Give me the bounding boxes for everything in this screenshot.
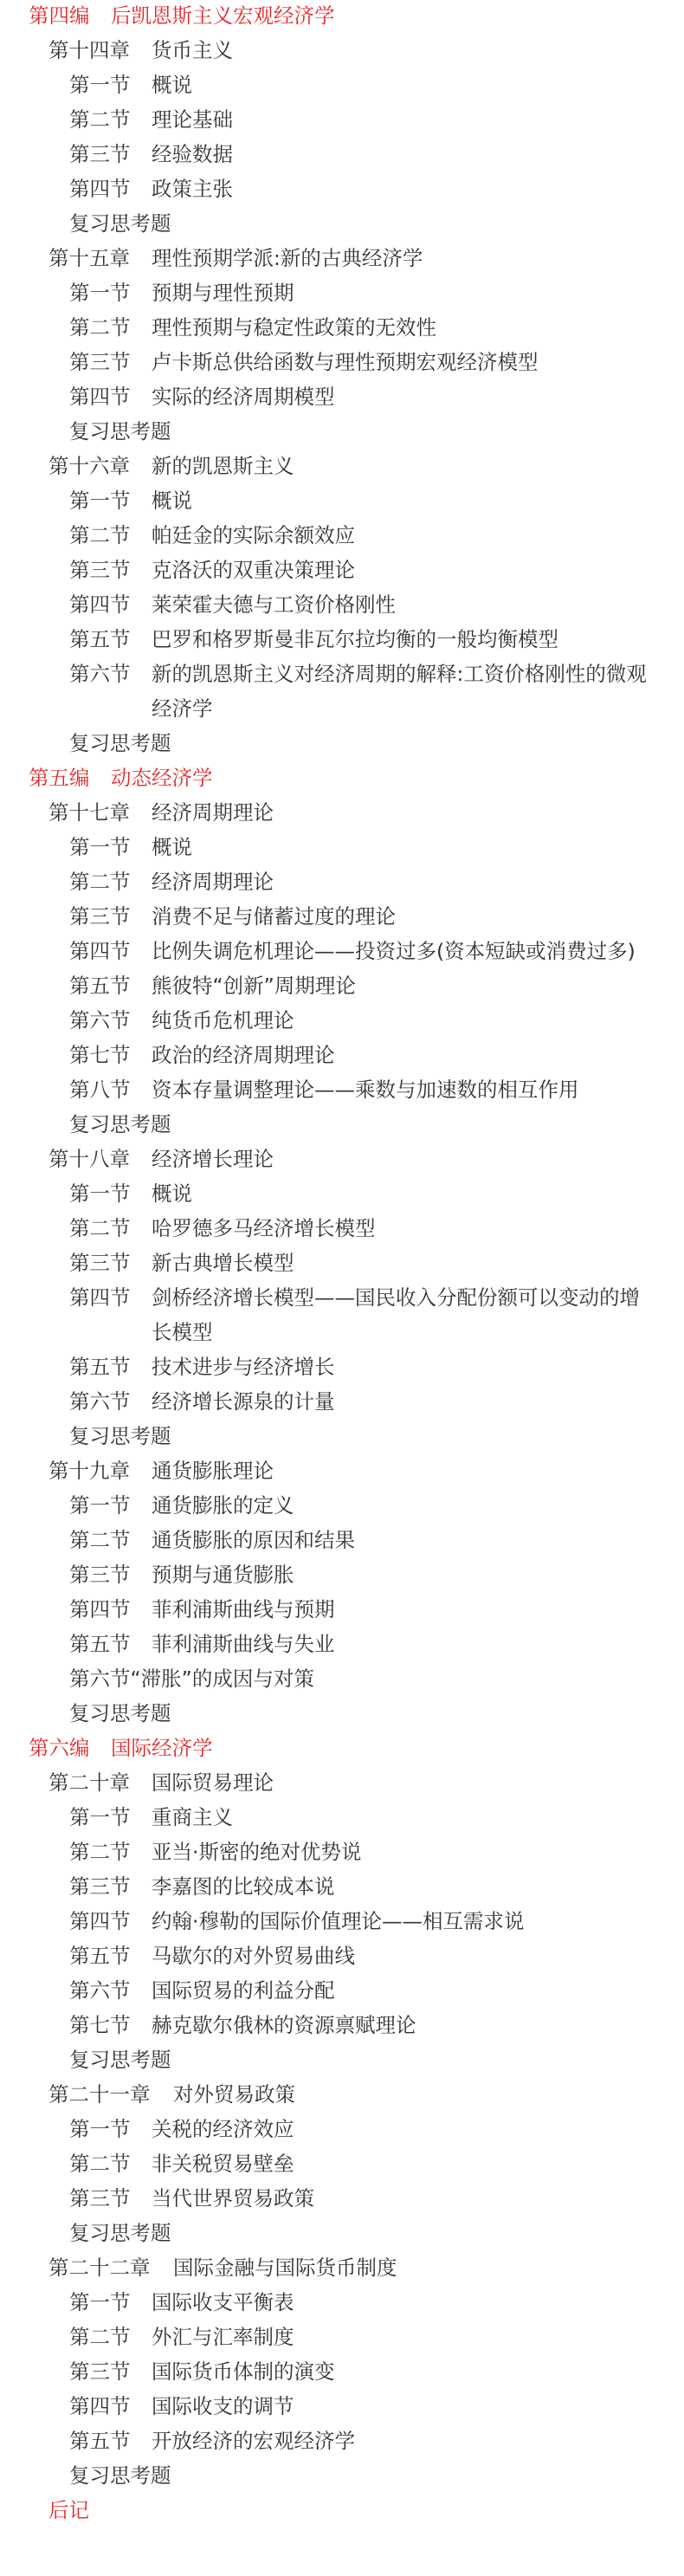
section-number: 第四节	[69, 935, 131, 967]
section-title: 政策主张	[152, 173, 233, 204]
chapter-number: 第二十章	[48, 1767, 130, 1798]
part-title: 国际经济学	[111, 1732, 213, 1764]
section-title: 概说	[152, 69, 192, 100]
chapter-number: 第十六章	[48, 450, 130, 482]
section-title: 实际的经济周期模型	[152, 381, 335, 412]
review-questions-link[interactable]: 复习思考题	[0, 1698, 684, 1732]
section-number: 第七节	[69, 2010, 131, 2041]
chapter-link[interactable]: 第二十二章国际金融与国际货币制度	[0, 2252, 684, 2287]
review-title: 复习思考题	[69, 416, 171, 447]
section-link[interactable]: 第五节技术进步与经济增长	[0, 1351, 684, 1386]
section-number: 第二节	[69, 2321, 131, 2353]
section-title: 经济周期理论	[152, 866, 274, 897]
section-title: 理性预期与稳定性政策的无效性	[152, 312, 436, 343]
section-link[interactable]: 第三节卢卡斯总供给函数与理性预期宏观经济模型	[0, 346, 684, 381]
chapter-title: 国际金融与国际货币制度	[173, 2252, 397, 2283]
section-link[interactable]: 第三节当代世界贸易政策	[0, 2183, 684, 2217]
table-of-contents: 第四编后凯恩斯主义宏观经济学第十四章货币主义第一节概说第二节理论基础第三节经验数…	[0, 0, 684, 2529]
section-number: 第四节	[69, 173, 131, 204]
section-title: 预期与理性预期	[152, 277, 294, 308]
section-title: 哈罗德多马经济增长模型	[152, 1213, 376, 1244]
section-title: 开放经济的宏观经济学	[152, 2425, 355, 2456]
section-title: 重商主义	[152, 1802, 233, 1833]
section-title: 约翰·穆勒的国际价值理论——相互需求说	[152, 1906, 524, 1937]
section-title: 纯货币危机理论	[152, 1005, 294, 1036]
section-title: 巴罗和格罗斯曼非瓦尔拉均衡的一般均衡模型	[152, 624, 558, 655]
section-title: 剑桥经济增长模型——国民收入分配份额可以变动的增	[152, 1282, 640, 1313]
section-link[interactable]: 第三节预期与通货膨胀	[0, 1559, 684, 1594]
section-number: 第六节	[69, 658, 131, 689]
section-link[interactable]: 第四节剑桥经济增长模型——国民收入分配份额可以变动的增	[0, 1282, 684, 1317]
section-link[interactable]: 第一节国际收支平衡表	[0, 2287, 684, 2321]
section-number: 第一节	[69, 277, 131, 308]
section-link[interactable]: 第七节赫克歇尔俄林的资源禀赋理论	[0, 2010, 684, 2044]
chapter-link[interactable]: 第十六章新的凯恩斯主义	[0, 450, 684, 485]
section-title: 新古典增长模型	[152, 1247, 294, 1278]
section-link[interactable]: 第三节新古典增长模型	[0, 1247, 684, 1282]
section-number: 第五节	[69, 624, 131, 655]
section-number: 第一节	[69, 485, 131, 516]
chapter-link[interactable]: 第十五章理性预期学派:新的古典经济学	[0, 243, 684, 277]
section-link[interactable]: 第六节经济增长源泉的计量	[0, 1386, 684, 1421]
section-number: 第四节	[69, 2391, 131, 2422]
section-title: 比例失调危机理论——投资过多(资本短缺或消费过多)	[152, 935, 636, 967]
chapter-number: 第十七章	[48, 797, 130, 828]
section-number: 第六节	[69, 1386, 131, 1417]
section-link[interactable]: 第四节约翰·穆勒的国际价值理论——相互需求说	[0, 1906, 684, 1940]
section-number: 第四节	[69, 381, 131, 412]
section-number: 第三节	[69, 901, 131, 932]
section-link[interactable]: 第二节亚当·斯密的绝对优势说	[0, 1836, 684, 1871]
section-title: 理论基础	[152, 104, 233, 135]
section-title: 经验数据	[152, 139, 233, 170]
section-link[interactable]: 第五节马歇尔的对外贸易曲线	[0, 1940, 684, 1975]
section-link[interactable]: 第六节纯货币危机理论	[0, 1005, 684, 1039]
chapter-link[interactable]: 第十四章货币主义	[0, 35, 684, 69]
section-title: 通货膨胀的定义	[152, 1490, 294, 1521]
section-number: 第一节	[69, 2113, 131, 2145]
section-link[interactable]: 第五节熊彼特“创新”周期理论	[0, 970, 684, 1005]
section-link[interactable]: 第五节菲利浦斯曲线与失业	[0, 1628, 684, 1663]
cont-title: 经济学	[152, 693, 213, 724]
section-title: 克洛沃的双重决策理论	[152, 554, 355, 586]
section-number: 第五节	[69, 1351, 131, 1382]
chapter-number: 第十八章	[48, 1143, 130, 1175]
section-title-continuation: 经济学	[0, 693, 684, 728]
review-questions-link[interactable]: 复习思考题	[0, 1109, 684, 1143]
plain-section-title: 第六节“滞胀”的成因与对策	[69, 1663, 314, 1694]
review-questions-link[interactable]: 复习思考题	[0, 208, 684, 243]
section-title: 菲利浦斯曲线与失业	[152, 1628, 335, 1660]
chapter-number: 第二十二章	[48, 2252, 151, 2283]
section-title: 外汇与汇率制度	[152, 2321, 294, 2353]
section-number: 第三节	[69, 1559, 131, 1590]
afterword-title: 后记	[48, 2495, 89, 2526]
review-title: 复习思考题	[69, 1421, 171, 1452]
section-link[interactable]: 第五节开放经济的宏观经济学	[0, 2425, 684, 2460]
section-link[interactable]: 第七节政治的经济周期理论	[0, 1039, 684, 1074]
section-title: 国际货币体制的演变	[152, 2356, 335, 2387]
section-number: 第一节	[69, 69, 131, 100]
section-title: 预期与通货膨胀	[152, 1559, 294, 1590]
section-title: 赫克歇尔俄林的资源禀赋理论	[152, 2010, 416, 2041]
review-title: 复习思考题	[69, 208, 171, 239]
section-number: 第六节	[69, 1975, 131, 2006]
chapter-link[interactable]: 第十八章经济增长理论	[0, 1143, 684, 1178]
section-link[interactable]: 第四节实际的经济周期模型	[0, 381, 684, 416]
section-title: 菲利浦斯曲线与预期	[152, 1594, 335, 1625]
review-questions-link[interactable]: 复习思考题	[0, 2044, 684, 2079]
section-link[interactable]: 第二节理论基础	[0, 104, 684, 139]
section-link[interactable]: 第六节新的凯恩斯主义对经济周期的解释:工资价格刚性的微观	[0, 658, 684, 693]
section-title: 非关税贸易壁垒	[152, 2148, 294, 2179]
section-title: 新的凯恩斯主义对经济周期的解释:工资价格刚性的微观	[152, 658, 647, 689]
section-title: 国际贸易的利益分配	[152, 1975, 335, 2006]
chapter-link[interactable]: 第二十章国际贸易理论	[0, 1767, 684, 1802]
section-number: 第三节	[69, 554, 131, 586]
section-title: 莱荣霍夫德与工资价格刚性	[152, 589, 396, 620]
section-number: 第五节	[69, 2425, 131, 2456]
part-title: 动态经济学	[111, 762, 213, 793]
section-number: 第三节	[69, 139, 131, 170]
section-title-continuation: 长模型	[0, 1317, 684, 1351]
chapter-link[interactable]: 第十七章经济周期理论	[0, 797, 684, 832]
section-number: 第二节	[69, 312, 131, 343]
section-number: 第五节	[69, 970, 131, 1001]
review-questions-link[interactable]: 复习思考题	[0, 2217, 684, 2252]
section-title: 技术进步与经济增长	[152, 1351, 335, 1382]
section-number: 第一节	[69, 1802, 131, 1833]
part-number: 第六编	[29, 1732, 90, 1764]
section-link[interactable]: 第四节菲利浦斯曲线与预期	[0, 1594, 684, 1628]
section-title: 概说	[152, 485, 192, 516]
section-number: 第二节	[69, 2148, 131, 2179]
section-link[interactable]: 第一节概说	[0, 69, 684, 104]
review-questions-link[interactable]: 复习思考题	[0, 1421, 684, 1455]
section-title: 概说	[152, 1178, 192, 1209]
section-title: 李嘉图的比较成本说	[152, 1871, 335, 1902]
section-number: 第四节	[69, 1594, 131, 1625]
section-link[interactable]: 第二节非关税贸易壁垒	[0, 2148, 684, 2183]
section-number: 第三节	[69, 1247, 131, 1278]
section-link[interactable]: 第二节通货膨胀的原因和结果	[0, 1524, 684, 1559]
section-link[interactable]: 第二节外汇与汇率制度	[0, 2321, 684, 2356]
section-number: 第五节	[69, 1628, 131, 1660]
chapter-title: 国际贸易理论	[152, 1767, 274, 1798]
section-link[interactable]: 第一节通货膨胀的定义	[0, 1490, 684, 1524]
section-link[interactable]: 第六节国际贸易的利益分配	[0, 1975, 684, 2010]
section-number: 第二节	[69, 866, 131, 897]
review-title: 复习思考题	[69, 1698, 171, 1729]
section-link[interactable]: 第一节重商主义	[0, 1802, 684, 1836]
section-link[interactable]: 第五节巴罗和格罗斯曼非瓦尔拉均衡的一般均衡模型	[0, 624, 684, 658]
section-title: 政治的经济周期理论	[152, 1039, 335, 1071]
section-number: 第四节	[69, 1282, 131, 1313]
section-title: 亚当·斯密的绝对优势说	[152, 1836, 361, 1867]
section-link[interactable]: 第三节消费不足与储蓄过度的理论	[0, 901, 684, 935]
chapter-title: 新的凯恩斯主义	[152, 450, 294, 482]
chapter-link[interactable]: 第二十一章对外贸易政策	[0, 2079, 684, 2113]
section-link[interactable]: 第三节经验数据	[0, 139, 684, 173]
review-questions-link[interactable]: 复习思考题	[0, 2460, 684, 2495]
section-number: 第三节	[69, 346, 131, 378]
review-title: 复习思考题	[69, 728, 171, 759]
section-title: 马歇尔的对外贸易曲线	[152, 1940, 355, 1971]
section-link[interactable]: 第三节克洛沃的双重决策理论	[0, 554, 684, 589]
chapter-title: 货币主义	[152, 35, 233, 66]
chapter-title: 经济周期理论	[152, 797, 274, 828]
section-link[interactable]: 第一节概说	[0, 1178, 684, 1213]
afterword-link[interactable]: 后记	[0, 2495, 684, 2529]
part-title: 后凯恩斯主义宏观经济学	[111, 0, 335, 31]
section-link[interactable]: 第四节比例失调危机理论——投资过多(资本短缺或消费过多)	[0, 935, 684, 970]
review-title: 复习思考题	[69, 2044, 171, 2075]
review-questions-link[interactable]: 复习思考题	[0, 416, 684, 450]
section-number: 第二节	[69, 1213, 131, 1244]
section-link[interactable]: 第二节哈罗德多马经济增长模型	[0, 1213, 684, 1247]
section-link[interactable]: 第一节概说	[0, 485, 684, 520]
section-number: 第五节	[69, 1940, 131, 1971]
section-number: 第一节	[69, 2287, 131, 2318]
section-number: 第二节	[69, 1836, 131, 1867]
part-number: 第四编	[29, 0, 90, 31]
part-heading[interactable]: 第五编动态经济学	[0, 762, 684, 797]
chapter-title: 通货膨胀理论	[152, 1455, 274, 1486]
section-number: 第一节	[69, 1178, 131, 1209]
section-number: 第二节	[69, 520, 131, 551]
section-link[interactable]: 第四节国际收支的调节	[0, 2391, 684, 2425]
section-number: 第一节	[69, 832, 131, 863]
chapter-number: 第十九章	[48, 1455, 130, 1486]
chapter-link[interactable]: 第十九章通货膨胀理论	[0, 1455, 684, 1490]
chapter-number: 第十五章	[48, 243, 130, 274]
review-title: 复习思考题	[69, 2460, 171, 2491]
section-number: 第一节	[69, 1490, 131, 1521]
section-number: 第四节	[69, 589, 131, 620]
section-link[interactable]: 第一节预期与理性预期	[0, 277, 684, 312]
section-title: 资本存量调整理论——乘数与加速数的相互作用	[152, 1074, 579, 1105]
section-link[interactable]: 第八节资本存量调整理论——乘数与加速数的相互作用	[0, 1074, 684, 1109]
section-link[interactable]: 第四节莱荣霍夫德与工资价格刚性	[0, 589, 684, 624]
section-number: 第三节	[69, 1871, 131, 1902]
chapter-title: 经济增长理论	[152, 1143, 274, 1175]
review-title: 复习思考题	[69, 2217, 171, 2249]
section-title: 关税的经济效应	[152, 2113, 294, 2145]
section-number: 第二节	[69, 104, 131, 135]
part-heading[interactable]: 第四编后凯恩斯主义宏观经济学	[0, 0, 684, 35]
section-title: 熊彼特“创新”周期理论	[152, 970, 356, 1001]
chapter-number: 第十四章	[48, 35, 130, 66]
cont-title: 长模型	[152, 1317, 213, 1348]
section-link[interactable]: 第三节李嘉图的比较成本说	[0, 1871, 684, 1906]
section-number: 第三节	[69, 2183, 131, 2214]
section-title: 消费不足与储蓄过度的理论	[152, 901, 396, 932]
chapter-title: 对外贸易政策	[173, 2079, 295, 2110]
section-link[interactable]: 第一节关税的经济效应	[0, 2113, 684, 2148]
section-link[interactable]: 第六节“滞胀”的成因与对策	[0, 1663, 684, 1698]
part-number: 第五编	[29, 762, 90, 793]
section-number: 第二节	[69, 1524, 131, 1556]
section-number: 第三节	[69, 2356, 131, 2387]
review-questions-link[interactable]: 复习思考题	[0, 728, 684, 762]
section-link[interactable]: 第三节国际货币体制的演变	[0, 2356, 684, 2391]
section-title: 经济增长源泉的计量	[152, 1386, 335, 1417]
section-number: 第四节	[69, 1906, 131, 1937]
section-number: 第七节	[69, 1039, 131, 1071]
section-link[interactable]: 第一节概说	[0, 832, 684, 866]
section-link[interactable]: 第二节经济周期理论	[0, 866, 684, 901]
part-heading[interactable]: 第六编国际经济学	[0, 1732, 684, 1767]
section-title: 通货膨胀的原因和结果	[152, 1524, 355, 1556]
section-title: 卢卡斯总供给函数与理性预期宏观经济模型	[152, 346, 539, 378]
section-number: 第六节	[69, 1005, 131, 1036]
section-number: 第八节	[69, 1074, 131, 1105]
chapter-number: 第二十一章	[48, 2079, 151, 2110]
review-title: 复习思考题	[69, 1109, 171, 1140]
section-title: 概说	[152, 832, 192, 863]
chapter-title: 理性预期学派:新的古典经济学	[152, 243, 423, 274]
section-title: 帕廷金的实际余额效应	[152, 520, 355, 551]
section-title: 国际收支平衡表	[152, 2287, 294, 2318]
section-title: 当代世界贸易政策	[152, 2183, 314, 2214]
section-link[interactable]: 第二节帕廷金的实际余额效应	[0, 520, 684, 554]
section-link[interactable]: 第四节政策主张	[0, 173, 684, 208]
section-link[interactable]: 第二节理性预期与稳定性政策的无效性	[0, 312, 684, 346]
section-title: 国际收支的调节	[152, 2391, 294, 2422]
